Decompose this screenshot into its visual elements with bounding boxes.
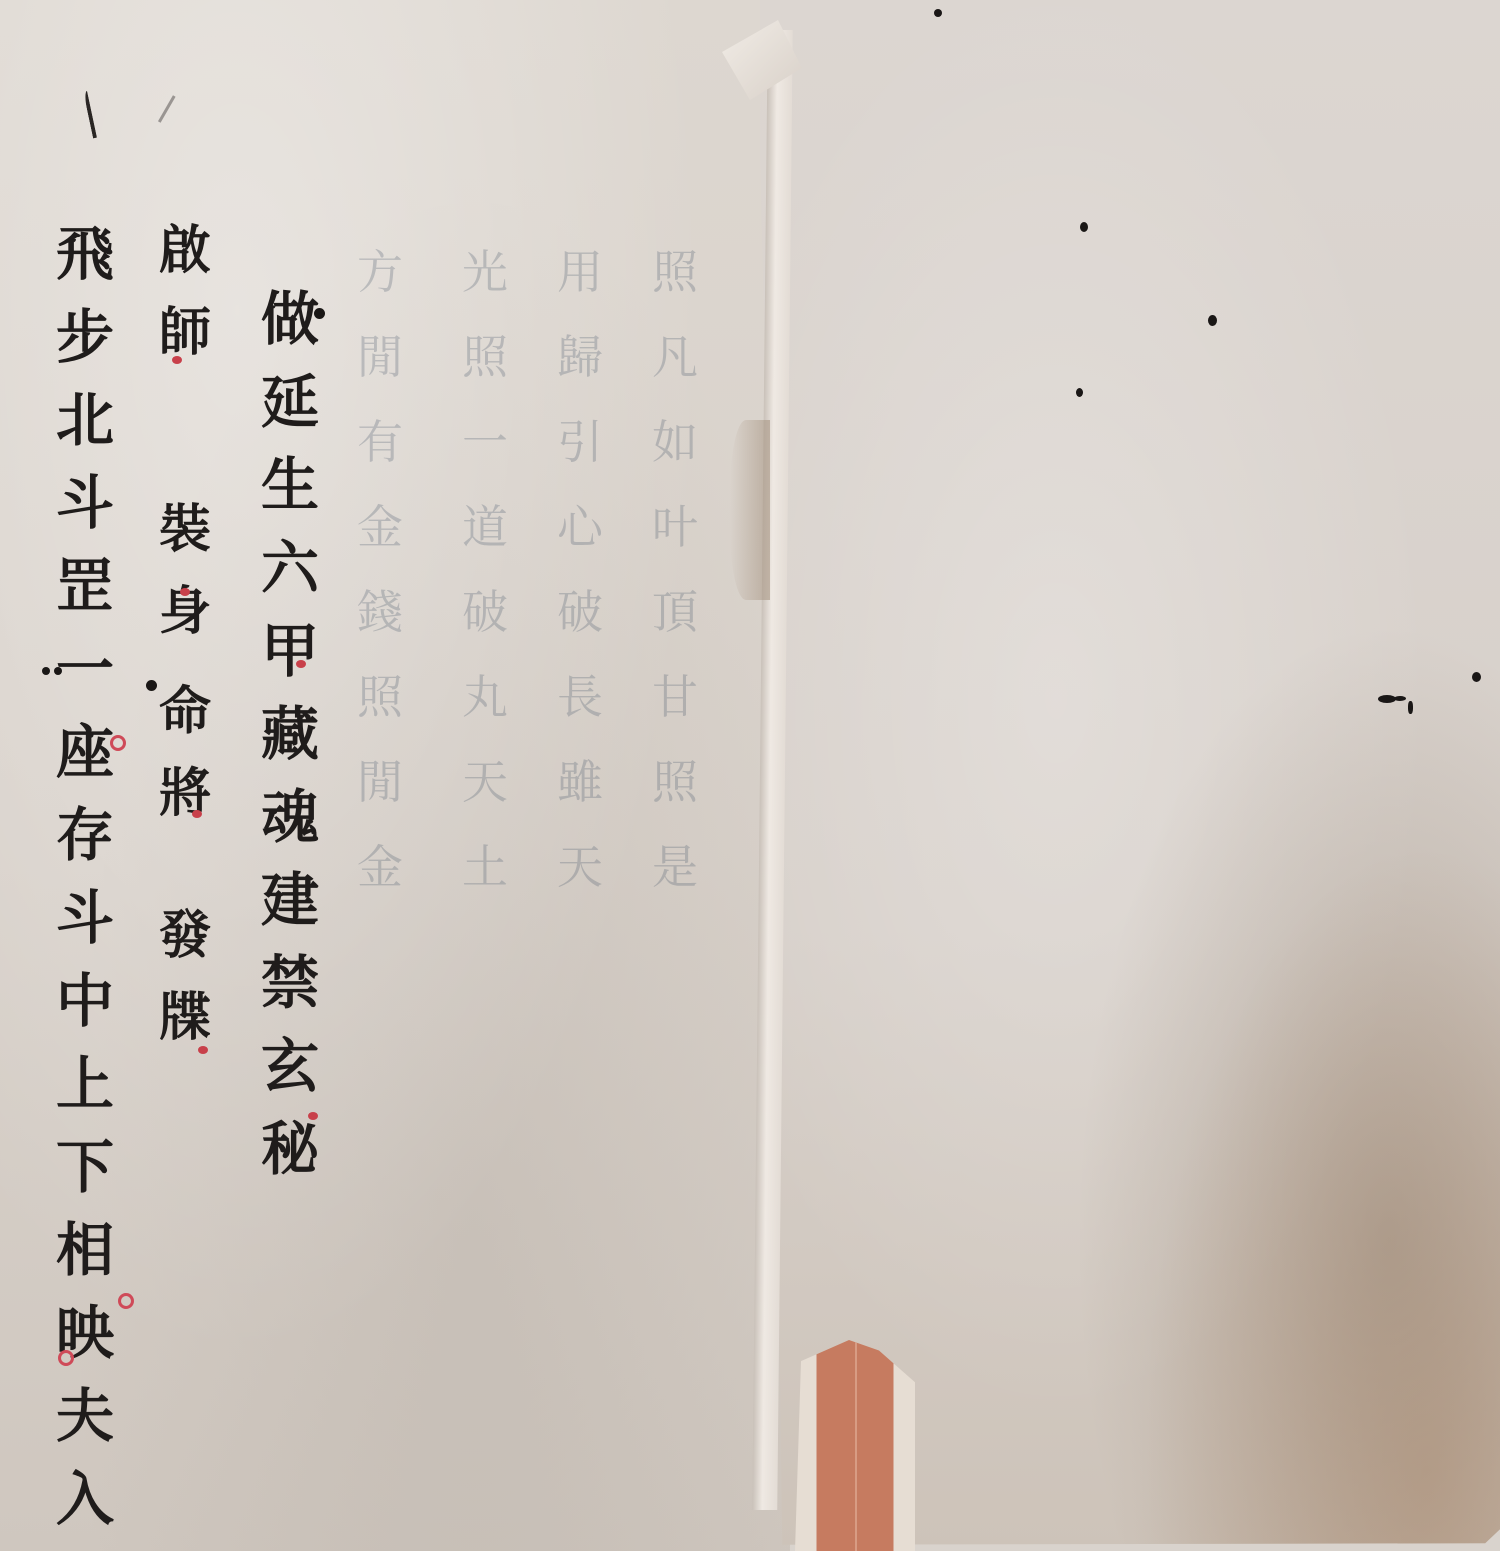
ink-stroke-mark: [1378, 695, 1418, 709]
ink-spot: [934, 9, 942, 17]
red-punctuation-mark: [192, 810, 202, 818]
text-column-1: 做 延 生 六 甲 藏 魂 建 禁 玄 秘: [240, 290, 340, 1203]
ink-blob: [1394, 696, 1406, 701]
faint-ink-mark: [158, 95, 179, 124]
ink-spot: [1472, 672, 1481, 682]
left-page: 照 凡 如 叶 頂 甘 照 是 用 歸 引 心 破 長 雖 天 光 照 一 道 …: [0, 0, 790, 1551]
bleed-through-column: 光 照 一 道 破 丸 天 土: [450, 230, 520, 910]
ink-dot-mark: [42, 667, 50, 675]
ink-spot: [1076, 388, 1083, 397]
red-punctuation-mark: [172, 356, 182, 364]
red-punctuation-mark: [308, 1112, 318, 1120]
ink-dot-mark: [54, 667, 62, 675]
bleed-through-column: 照 凡 如 叶 頂 甘 照 是: [640, 230, 710, 910]
text-column-2: 啟 師 裝 身 命 將 發 牒: [140, 225, 230, 1074]
right-page: [760, 0, 1500, 1551]
ink-blob: [1408, 701, 1413, 714]
bleed-through-column: 方 閒 有 金 錢 照 閒 金: [345, 230, 415, 910]
bleed-through-column: 用 歸 引 心 破 長 雖 天: [545, 230, 615, 910]
repair-tape: [795, 1340, 915, 1551]
red-circle-mark: [110, 735, 126, 751]
red-punctuation-mark: [198, 1046, 208, 1054]
ink-spot: [1080, 222, 1088, 232]
red-punctuation-mark: [296, 660, 306, 668]
red-circle-mark: [118, 1293, 134, 1309]
text-column-3: 飛 步 北 斗 罡 一 座 存 斗 中 上 下 相 映 夫 入: [30, 225, 140, 1551]
ink-dot-mark: [146, 680, 157, 691]
red-circle-mark: [58, 1350, 74, 1366]
page-number-mark: [83, 89, 103, 138]
ink-spot: [1208, 315, 1217, 326]
water-stain: [730, 420, 770, 600]
ink-dot-mark: [314, 308, 325, 319]
red-punctuation-mark: [180, 588, 190, 596]
